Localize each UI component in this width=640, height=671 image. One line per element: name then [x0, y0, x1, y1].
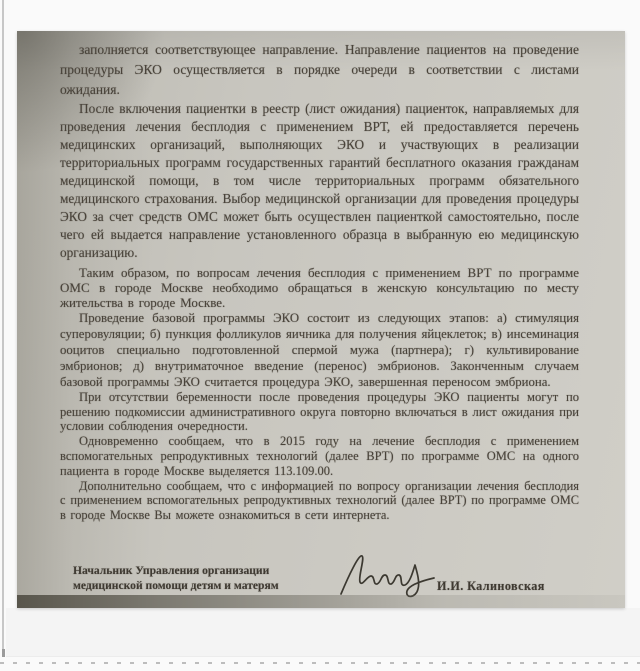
- paragraph-2: После включения пациентки в реестр (лист…: [60, 100, 579, 262]
- page: { "colors": { "page_background": "#fafaf…: [0, 0, 640, 671]
- paragraph-6: Одновременно сообщаем, что в 2015 году н…: [60, 434, 579, 479]
- photo-bottom-shadow: [17, 595, 625, 608]
- below-photo-band: [6, 608, 640, 657]
- page-edge-line-tip: [2, 649, 5, 657]
- paragraph-7: Дополнительно сообщаем, что с информацие…: [60, 479, 579, 523]
- document-text-block: заполняется соответствующее направление.…: [60, 40, 579, 522]
- paragraph-3: Таким образом, по вопросам лечения беспл…: [60, 265, 579, 310]
- paragraph-5: При отсутствии беременности после провед…: [60, 390, 579, 434]
- paragraph-1: заполняется соответствующее направление.…: [60, 40, 579, 100]
- page-edge-line: [2, 0, 4, 649]
- photo-of-document: заполняется соответствующее направление.…: [17, 31, 625, 608]
- dotted-separator: [0, 662, 640, 664]
- signature-title-line2: медицинской помощи детям и матерям: [73, 579, 333, 594]
- signatory-name: И.И. Калиновская: [437, 579, 545, 594]
- signature-title: Начальник Управления организации медицин…: [73, 564, 333, 593]
- signature-title-line1: Начальник Управления организации: [73, 564, 333, 579]
- paragraph-4: Проведение базовой программы ЭКО состоит…: [60, 310, 579, 390]
